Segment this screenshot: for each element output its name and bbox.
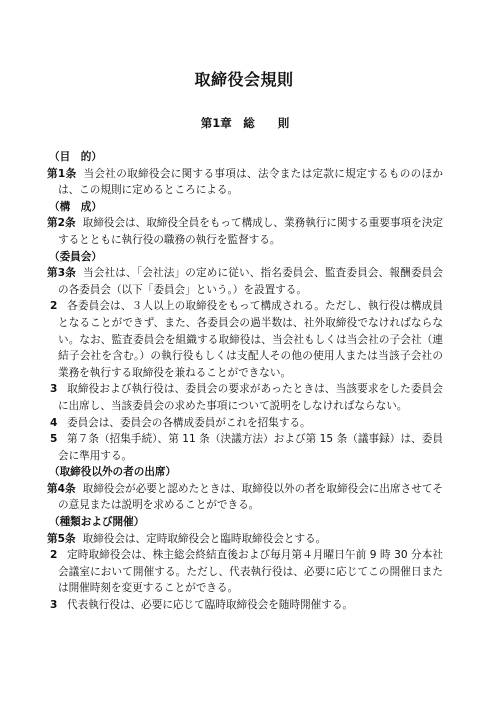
article-1-number: 第1条 [47, 168, 77, 180]
article-3-text: 第3条当会社は、「会社法」の定めに従い、指名委員会、監査委員会、報酬委員会の各委… [47, 265, 443, 298]
paragraph-number: 4 [50, 415, 64, 432]
document-page: 取締役会規則 第1章 総 則 （目 的） 第1条当会社の取締役会に関する事項は、… [0, 0, 501, 716]
article-1-caption: （目 的） [47, 149, 443, 166]
article-2-body: 取締役会は、取締役全員をもって構成し、業務執行に関する重要事項を決定するとともに… [58, 217, 443, 246]
article-5-paragraph-3: 3代表執行役は、必要に応じて臨時取締役会を随時開催する。 [47, 597, 443, 614]
article-5-caption: （種類および開催） [47, 514, 443, 531]
paragraph-number: 2 [50, 298, 64, 315]
paragraph-number: 3 [50, 381, 64, 398]
paragraph-text: 第７条（招集手続）、第 11 条（決議方法）および第 15 条（議事録）は、委員… [58, 433, 443, 462]
article-4-body: 取締役会が必要と認めたときは、取締役以外の者を取締役会に出席させてその意見または… [58, 483, 443, 512]
article-3-paragraph-5: 5第７条（招集手続）、第 11 条（決議方法）および第 15 条（議事録）は、委… [47, 431, 443, 464]
article-4-caption: （取締役以外の者の出席） [47, 464, 443, 481]
article-5-number: 第5条 [47, 533, 76, 545]
paragraph-text: 各委員会は、３人以上の取締役をもって構成される。ただし、執行役は構成員となること… [58, 300, 443, 378]
paragraph-text: 定時取締役会は、株主総会終結直後および毎月第４月曜日午前 9 時 30 分本社会… [58, 549, 443, 594]
paragraph-number: 5 [50, 431, 64, 448]
article-4-text: 第4条取締役会が必要と認めたときは、取締役以外の者を取締役会に出席させてその意見… [47, 481, 443, 514]
article-3-paragraph-2: 2各委員会は、３人以上の取締役をもって構成される。ただし、執行役は構成員となるこ… [47, 298, 443, 381]
article-5-body: 取締役会は、定時取締役会と臨時取締役会とする。 [83, 533, 327, 545]
article-2-caption: （構 成） [47, 199, 443, 216]
chapter-title: 第1章 総 則 [0, 115, 490, 131]
article-2-text: 第2条取締役会は、取締役全員をもって構成し、業務執行に関する重要事項を決定すると… [47, 215, 443, 248]
article-3-paragraph-3: 3取締役および執行役は、委員会の要求があったときは、当該要求をした委員会に出席し… [47, 381, 443, 414]
document-title: 取締役会規則 [0, 67, 488, 90]
article-3-number: 第3条 [47, 267, 76, 279]
document-body: （目 的） 第1条当会社の取締役会に関する事項は、法令または定款に規定するものの… [47, 149, 443, 614]
article-5-text: 第5条取締役会は、定時取締役会と臨時取締役会とする。 [47, 531, 443, 548]
paragraph-text: 代表執行役は、必要に応じて臨時取締役会を随時開催する。 [67, 599, 353, 611]
article-1-body: 当会社の取締役会に関する事項は、法令または定款に規定するもののほかは、この規則に… [58, 168, 443, 197]
article-5-paragraph-2: 2定時取締役会は、株主総会終結直後および毎月第４月曜日午前 9 時 30 分本社… [47, 547, 443, 597]
paragraph-text: 取締役および執行役は、委員会の要求があったときは、当該要求をした委員会に出席し、… [58, 383, 443, 412]
article-3-paragraph-4: 4委員会は、委員会の各構成委員がこれを招集する。 [47, 415, 443, 432]
paragraph-text: 委員会は、委員会の各構成委員がこれを招集する。 [67, 417, 311, 429]
article-3-body: 当会社は、「会社法」の定めに従い、指名委員会、監査委員会、報酬委員会の各委員会（… [58, 267, 443, 296]
article-2-number: 第2条 [47, 217, 76, 229]
paragraph-number: 3 [50, 597, 64, 614]
paragraph-number: 2 [50, 547, 64, 564]
article-4-number: 第4条 [47, 483, 76, 495]
article-3-caption: （委員会） [47, 249, 443, 266]
article-1-text: 第1条当会社の取締役会に関する事項は、法令または定款に規定するもののほかは、この… [47, 166, 443, 199]
